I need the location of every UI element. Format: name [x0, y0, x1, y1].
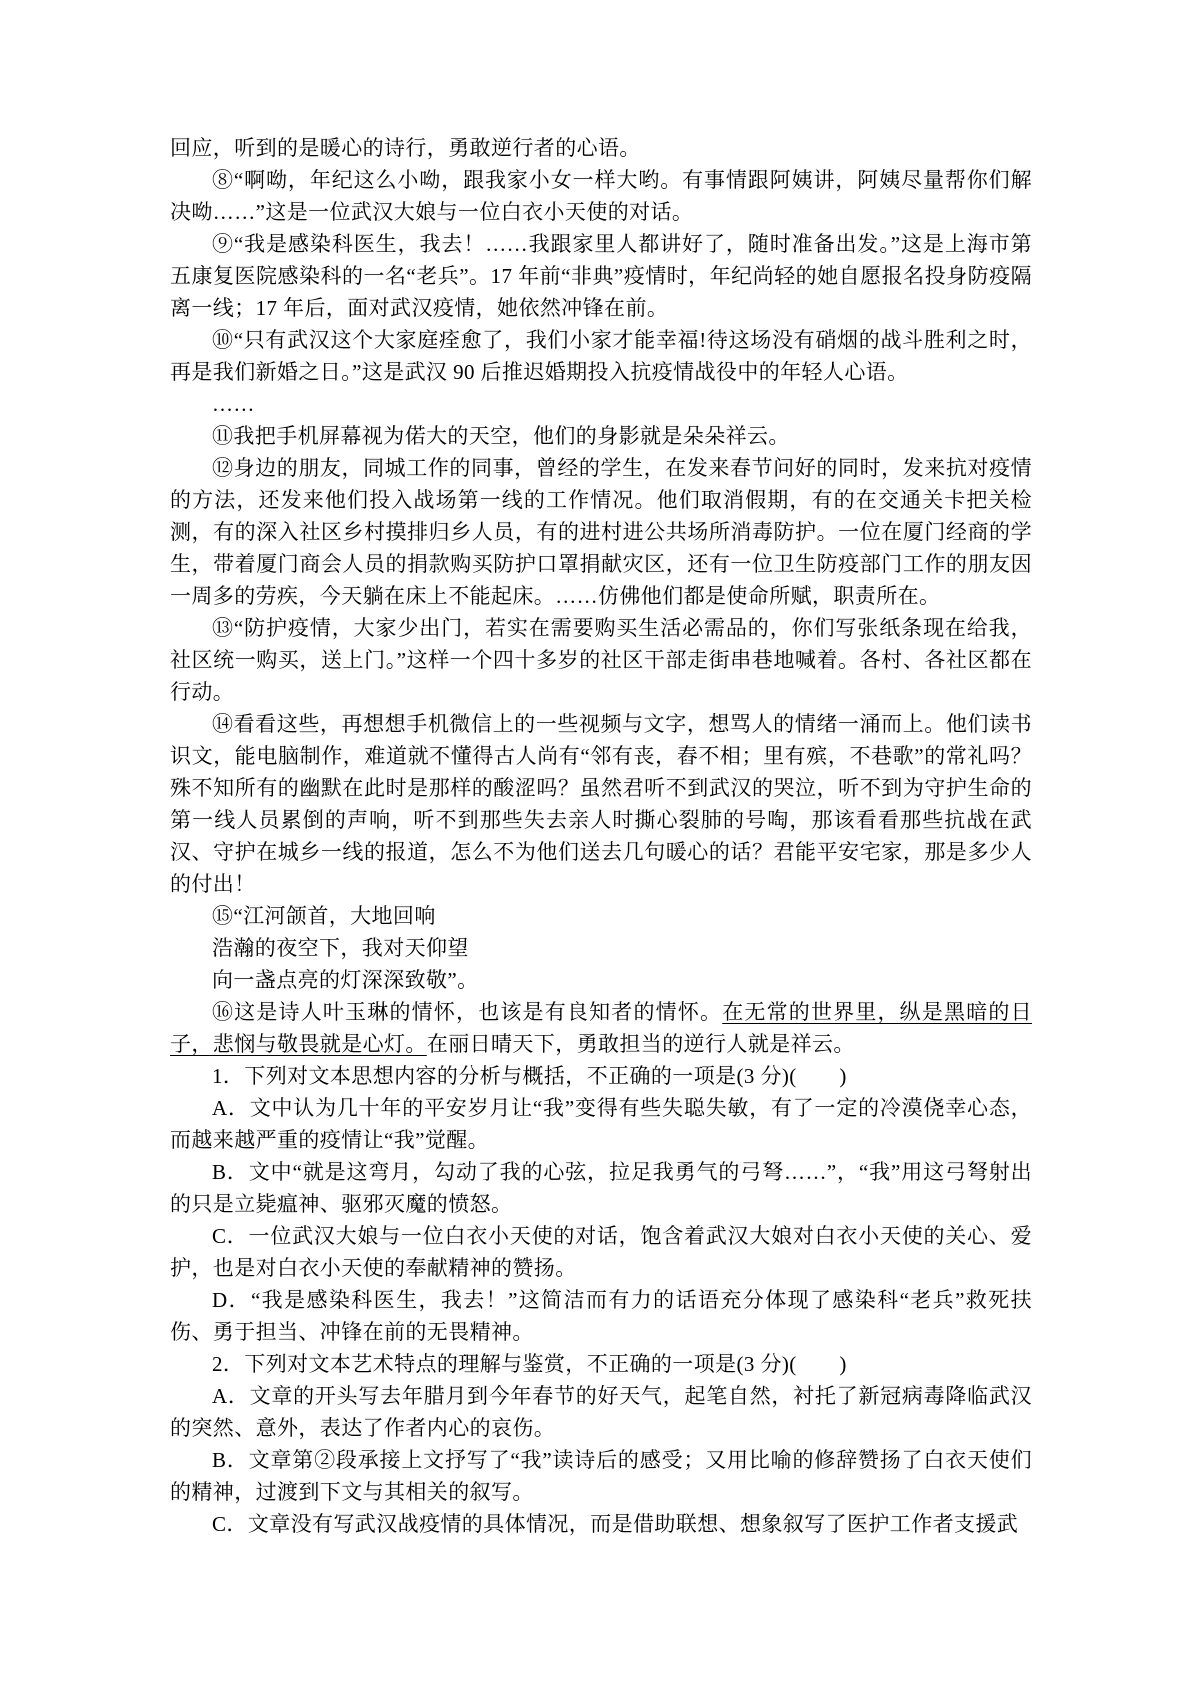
text-run: 浩瀚的夜空下，我对天仰望 [212, 936, 469, 960]
paragraph: ⑪我把手机屏幕视为偌大的天空，他们的身影就是朵朵祥云。 [170, 420, 1032, 452]
text-run: D．“我是感染科医生，我去！”这简洁而有力的话语充分体现了感染科“老兵”救死扶伤… [170, 1288, 1032, 1344]
text-run: ⑨“我是感染科医生，我去！……我跟家里人都讲好了，随时准备出发。”这是上海市第五… [170, 232, 1032, 320]
paragraph: ⑬“防护疫情，大家少出门，若实在需要购买生活必需品的，你们写张纸条现在给我，社区… [170, 612, 1032, 708]
document-body: 回应，听到的是暖心的诗行，勇敢逆行者的心语。⑧“啊呦，年纪这么小呦，跟我家小女一… [170, 132, 1032, 1540]
paragraph: …… [170, 388, 1032, 420]
paragraph: C．一位武汉大娘与一位白衣小天使的对话，饱含着武汉大娘对白衣小天使的关心、爱护，… [170, 1220, 1032, 1284]
text-run: 在丽日晴天下，勇敢担当的逆行人就是祥云。 [427, 1032, 855, 1056]
text-run: ⑯这是诗人叶玉琳的情怀，也该是有良知者的情怀。 [212, 1000, 722, 1024]
text-run: ⑩“只有武汉这个大家庭痊愈了，我们小家才能幸福!待这场没有硝烟的战斗胜利之时，再… [170, 328, 1032, 384]
paragraph: 浩瀚的夜空下，我对天仰望 [170, 932, 1032, 964]
text-run: ⑧“啊呦，年纪这么小呦，跟我家小女一样大哟。有事情跟阿姨讲，阿姨尽量帮你们解决呦… [170, 168, 1032, 224]
paragraph: ⑮“江河颌首，大地回响 [170, 900, 1032, 932]
exam-page: 回应，听到的是暖心的诗行，勇敢逆行者的心语。⑧“啊呦，年纪这么小呦，跟我家小女一… [0, 0, 1200, 1698]
paragraph: C．文章没有写武汉战疫情的具体情况，而是借助联想、想象叙写了医护工作者支援武 [170, 1508, 1032, 1540]
text-run: ⑮“江河颌首，大地回响 [212, 904, 436, 928]
text-run: ⑬“防护疫情，大家少出门，若实在需要购买生活必需品的，你们写张纸条现在给我，社区… [170, 616, 1032, 704]
paragraph: A．文章的开头写去年腊月到今年春节的好天气，起笔自然，衬托了新冠病毒降临武汉的突… [170, 1380, 1032, 1444]
paragraph: ⑨“我是感染科医生，我去！……我跟家里人都讲好了，随时准备出发。”这是上海市第五… [170, 228, 1032, 324]
text-run: C．一位武汉大娘与一位白衣小天使的对话，饱含着武汉大娘对白衣小天使的关心、爱护，… [170, 1224, 1032, 1280]
text-run: ⑭看看这些，再想想手机微信上的一些视频与文字，想骂人的情绪一涌而上。他们读书识文… [170, 712, 1032, 896]
paragraph: 回应，听到的是暖心的诗行，勇敢逆行者的心语。 [170, 132, 1032, 164]
paragraph: B．文章第②段承接上文抒写了“我”读诗后的感受；又用比喻的修辞赞扬了白衣天使们的… [170, 1444, 1032, 1508]
paragraph: ⑩“只有武汉这个大家庭痊愈了，我们小家才能幸福!待这场没有硝烟的战斗胜利之时，再… [170, 324, 1032, 388]
text-run: 向一盏点亮的灯深深致敬”。 [212, 968, 479, 992]
text-run: A．文章的开头写去年腊月到今年春节的好天气，起笔自然，衬托了新冠病毒降临武汉的突… [170, 1384, 1032, 1440]
text-run: …… [212, 392, 255, 416]
text-run: 回应，听到的是暖心的诗行，勇敢逆行者的心语。 [170, 136, 641, 160]
text-run: C．文章没有写武汉战疫情的具体情况，而是借助联想、想象叙写了医护工作者支援武 [212, 1512, 1018, 1536]
paragraph: A．文中认为几十年的平安岁月让“我”变得有些失聪失敏，有了一定的冷漠侥幸心态，而… [170, 1092, 1032, 1156]
text-run: 1．下列对文本思想内容的分析与概括，不正确的一项是(3 分)( ) [212, 1064, 847, 1088]
paragraph: D．“我是感染科医生，我去！”这简洁而有力的话语充分体现了感染科“老兵”救死扶伤… [170, 1284, 1032, 1348]
text-run: B．文中“就是这弯月，勾动了我的心弦，拉足我勇气的弓弩……”，“我”用这弓弩射出… [170, 1160, 1032, 1216]
paragraph: B．文中“就是这弯月，勾动了我的心弦，拉足我勇气的弓弩……”，“我”用这弓弩射出… [170, 1156, 1032, 1220]
text-run: ⑪我把手机屏幕视为偌大的天空，他们的身影就是朵朵祥云。 [212, 424, 790, 448]
text-run: B．文章第②段承接上文抒写了“我”读诗后的感受；又用比喻的修辞赞扬了白衣天使们的… [170, 1448, 1032, 1504]
paragraph: 2．下列对文本艺术特点的理解与鉴赏，不正确的一项是(3 分)( ) [170, 1348, 1032, 1380]
paragraph: ⑧“啊呦，年纪这么小呦，跟我家小女一样大哟。有事情跟阿姨讲，阿姨尽量帮你们解决呦… [170, 164, 1032, 228]
text-run: ⑫身边的朋友，同城工作的同事，曾经的学生，在发来春节问好的同时，发来抗对疫情的方… [170, 456, 1032, 608]
paragraph: ⑭看看这些，再想想手机微信上的一些视频与文字，想骂人的情绪一涌而上。他们读书识文… [170, 708, 1032, 900]
paragraph: 向一盏点亮的灯深深致敬”。 [170, 964, 1032, 996]
text-run: A．文中认为几十年的平安岁月让“我”变得有些失聪失敏，有了一定的冷漠侥幸心态，而… [170, 1096, 1032, 1152]
text-run: 2．下列对文本艺术特点的理解与鉴赏，不正确的一项是(3 分)( ) [212, 1352, 847, 1376]
paragraph: ⑯这是诗人叶玉琳的情怀，也该是有良知者的情怀。在无常的世界里，纵是黑暗的日子，悲… [170, 996, 1032, 1060]
paragraph: ⑫身边的朋友，同城工作的同事，曾经的学生，在发来春节问好的同时，发来抗对疫情的方… [170, 452, 1032, 612]
paragraph: 1．下列对文本思想内容的分析与概括，不正确的一项是(3 分)( ) [170, 1060, 1032, 1092]
